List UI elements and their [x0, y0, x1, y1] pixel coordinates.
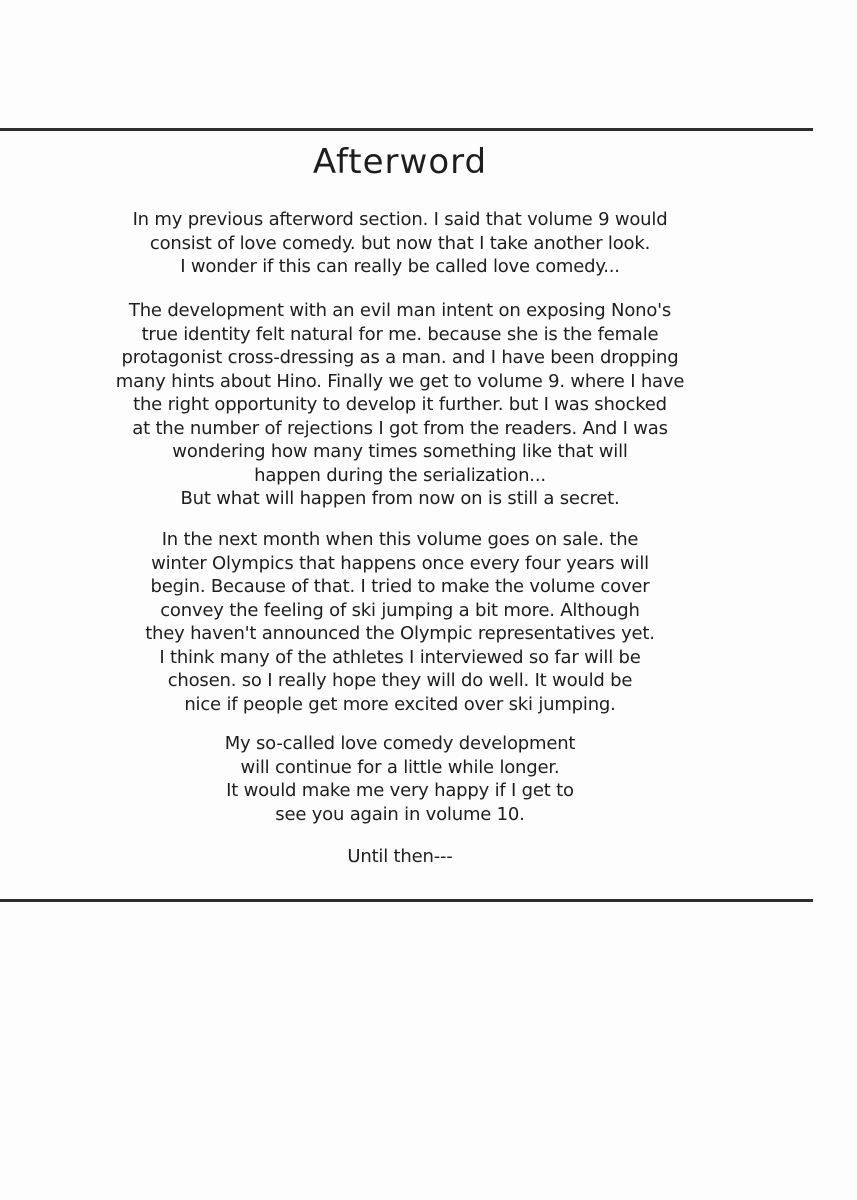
text-line: nice if people get more excited over ski…: [0, 693, 800, 717]
text-line: I wonder if this can really be called lo…: [0, 255, 800, 279]
text-line: they haven't announced the Olympic repre…: [0, 622, 800, 646]
text-line: true identity felt natural for me. becau…: [0, 323, 800, 347]
paragraph-1: In my previous afterword section. I said…: [0, 208, 800, 279]
text-line: consist of love comedy. but now that I t…: [0, 232, 800, 256]
bottom-divider: [0, 899, 813, 902]
text-line: winter Olympics that happens once every …: [0, 552, 800, 576]
text-line: My so-called love comedy development: [0, 732, 800, 756]
paragraph-3: In the next month when this volume goes …: [0, 528, 800, 716]
text-line: protagonist cross-dressing as a man. and…: [0, 346, 800, 370]
text-line: begin. Because of that. I tried to make …: [0, 575, 800, 599]
paragraph-4: My so-called love comedy development wil…: [0, 732, 800, 826]
text-line: I think many of the athletes I interview…: [0, 646, 800, 670]
text-line: many hints about Hino. Finally we get to…: [0, 370, 800, 394]
content-column: Afterword In my previous afterword secti…: [0, 0, 800, 1200]
text-line: In my previous afterword section. I said…: [0, 208, 800, 232]
text-line: happen during the serialization...: [0, 464, 800, 488]
page-title: Afterword: [0, 142, 800, 182]
text-line: chosen. so I really hope they will do we…: [0, 669, 800, 693]
text-line: The development with an evil man intent …: [0, 299, 800, 323]
closing-line: Until then---: [0, 845, 800, 869]
text-line: It would make me very happy if I get to: [0, 779, 800, 803]
afterword-page: Afterword In my previous afterword secti…: [0, 0, 857, 1200]
text-line: But what will happen from now on is stil…: [0, 487, 800, 511]
text-line: the right opportunity to develop it furt…: [0, 393, 800, 417]
text-line: at the number of rejections I got from t…: [0, 417, 800, 441]
text-line: see you again in volume 10.: [0, 803, 800, 827]
text-line: convey the feeling of ski jumping a bit …: [0, 599, 800, 623]
text-line: will continue for a little while longer.: [0, 756, 800, 780]
paragraph-2: The development with an evil man intent …: [0, 299, 800, 511]
text-line: In the next month when this volume goes …: [0, 528, 800, 552]
text-line: wondering how many times something like …: [0, 440, 800, 464]
